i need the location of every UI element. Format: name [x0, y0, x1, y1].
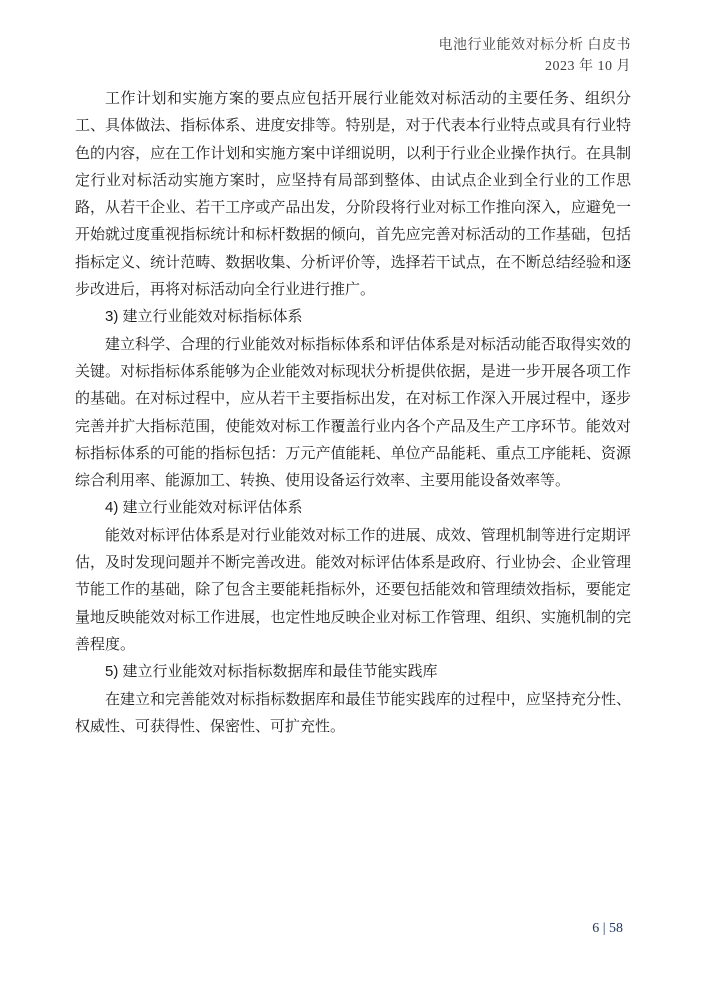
section-heading-database: 5) 建立行业能效对标指标数据库和最佳节能实践库: [75, 658, 631, 685]
doc-title: 电池行业能效对标分析 白皮书: [439, 35, 632, 56]
page-number: 6 | 58: [592, 921, 623, 937]
section-heading-indicator-system: 3) 建立行业能效对标指标体系: [75, 303, 631, 330]
paragraph-database: 在建立和完善能效对标指标数据库和最佳节能实践库的过程中，应坚持充分性、权威性、可…: [75, 686, 631, 741]
paragraph-indicator-system: 建立科学、合理的行业能效对标指标体系和评估体系是对标活动能否取得实效的关键。对标…: [75, 331, 631, 495]
doc-date: 2023 年 10 月: [439, 56, 632, 77]
document-body: 工作计划和实施方案的要点应包括开展行业能效对标活动的主要任务、组织分工、具体做法…: [75, 85, 631, 740]
page-header: 电池行业能效对标分析 白皮书 2023 年 10 月: [439, 35, 632, 77]
document-page: 电池行业能效对标分析 白皮书 2023 年 10 月 工作计划和实施方案的要点应…: [0, 0, 710, 1004]
paragraph-evaluation-system: 能效对标评估体系是对行业能效对标工作的进展、成效、管理机制等进行定期评估，及时发…: [75, 522, 631, 658]
section-heading-evaluation-system: 4) 建立行业能效对标评估体系: [75, 494, 631, 521]
paragraph-work-plan: 工作计划和实施方案的要点应包括开展行业能效对标活动的主要任务、组织分工、具体做法…: [75, 85, 631, 303]
